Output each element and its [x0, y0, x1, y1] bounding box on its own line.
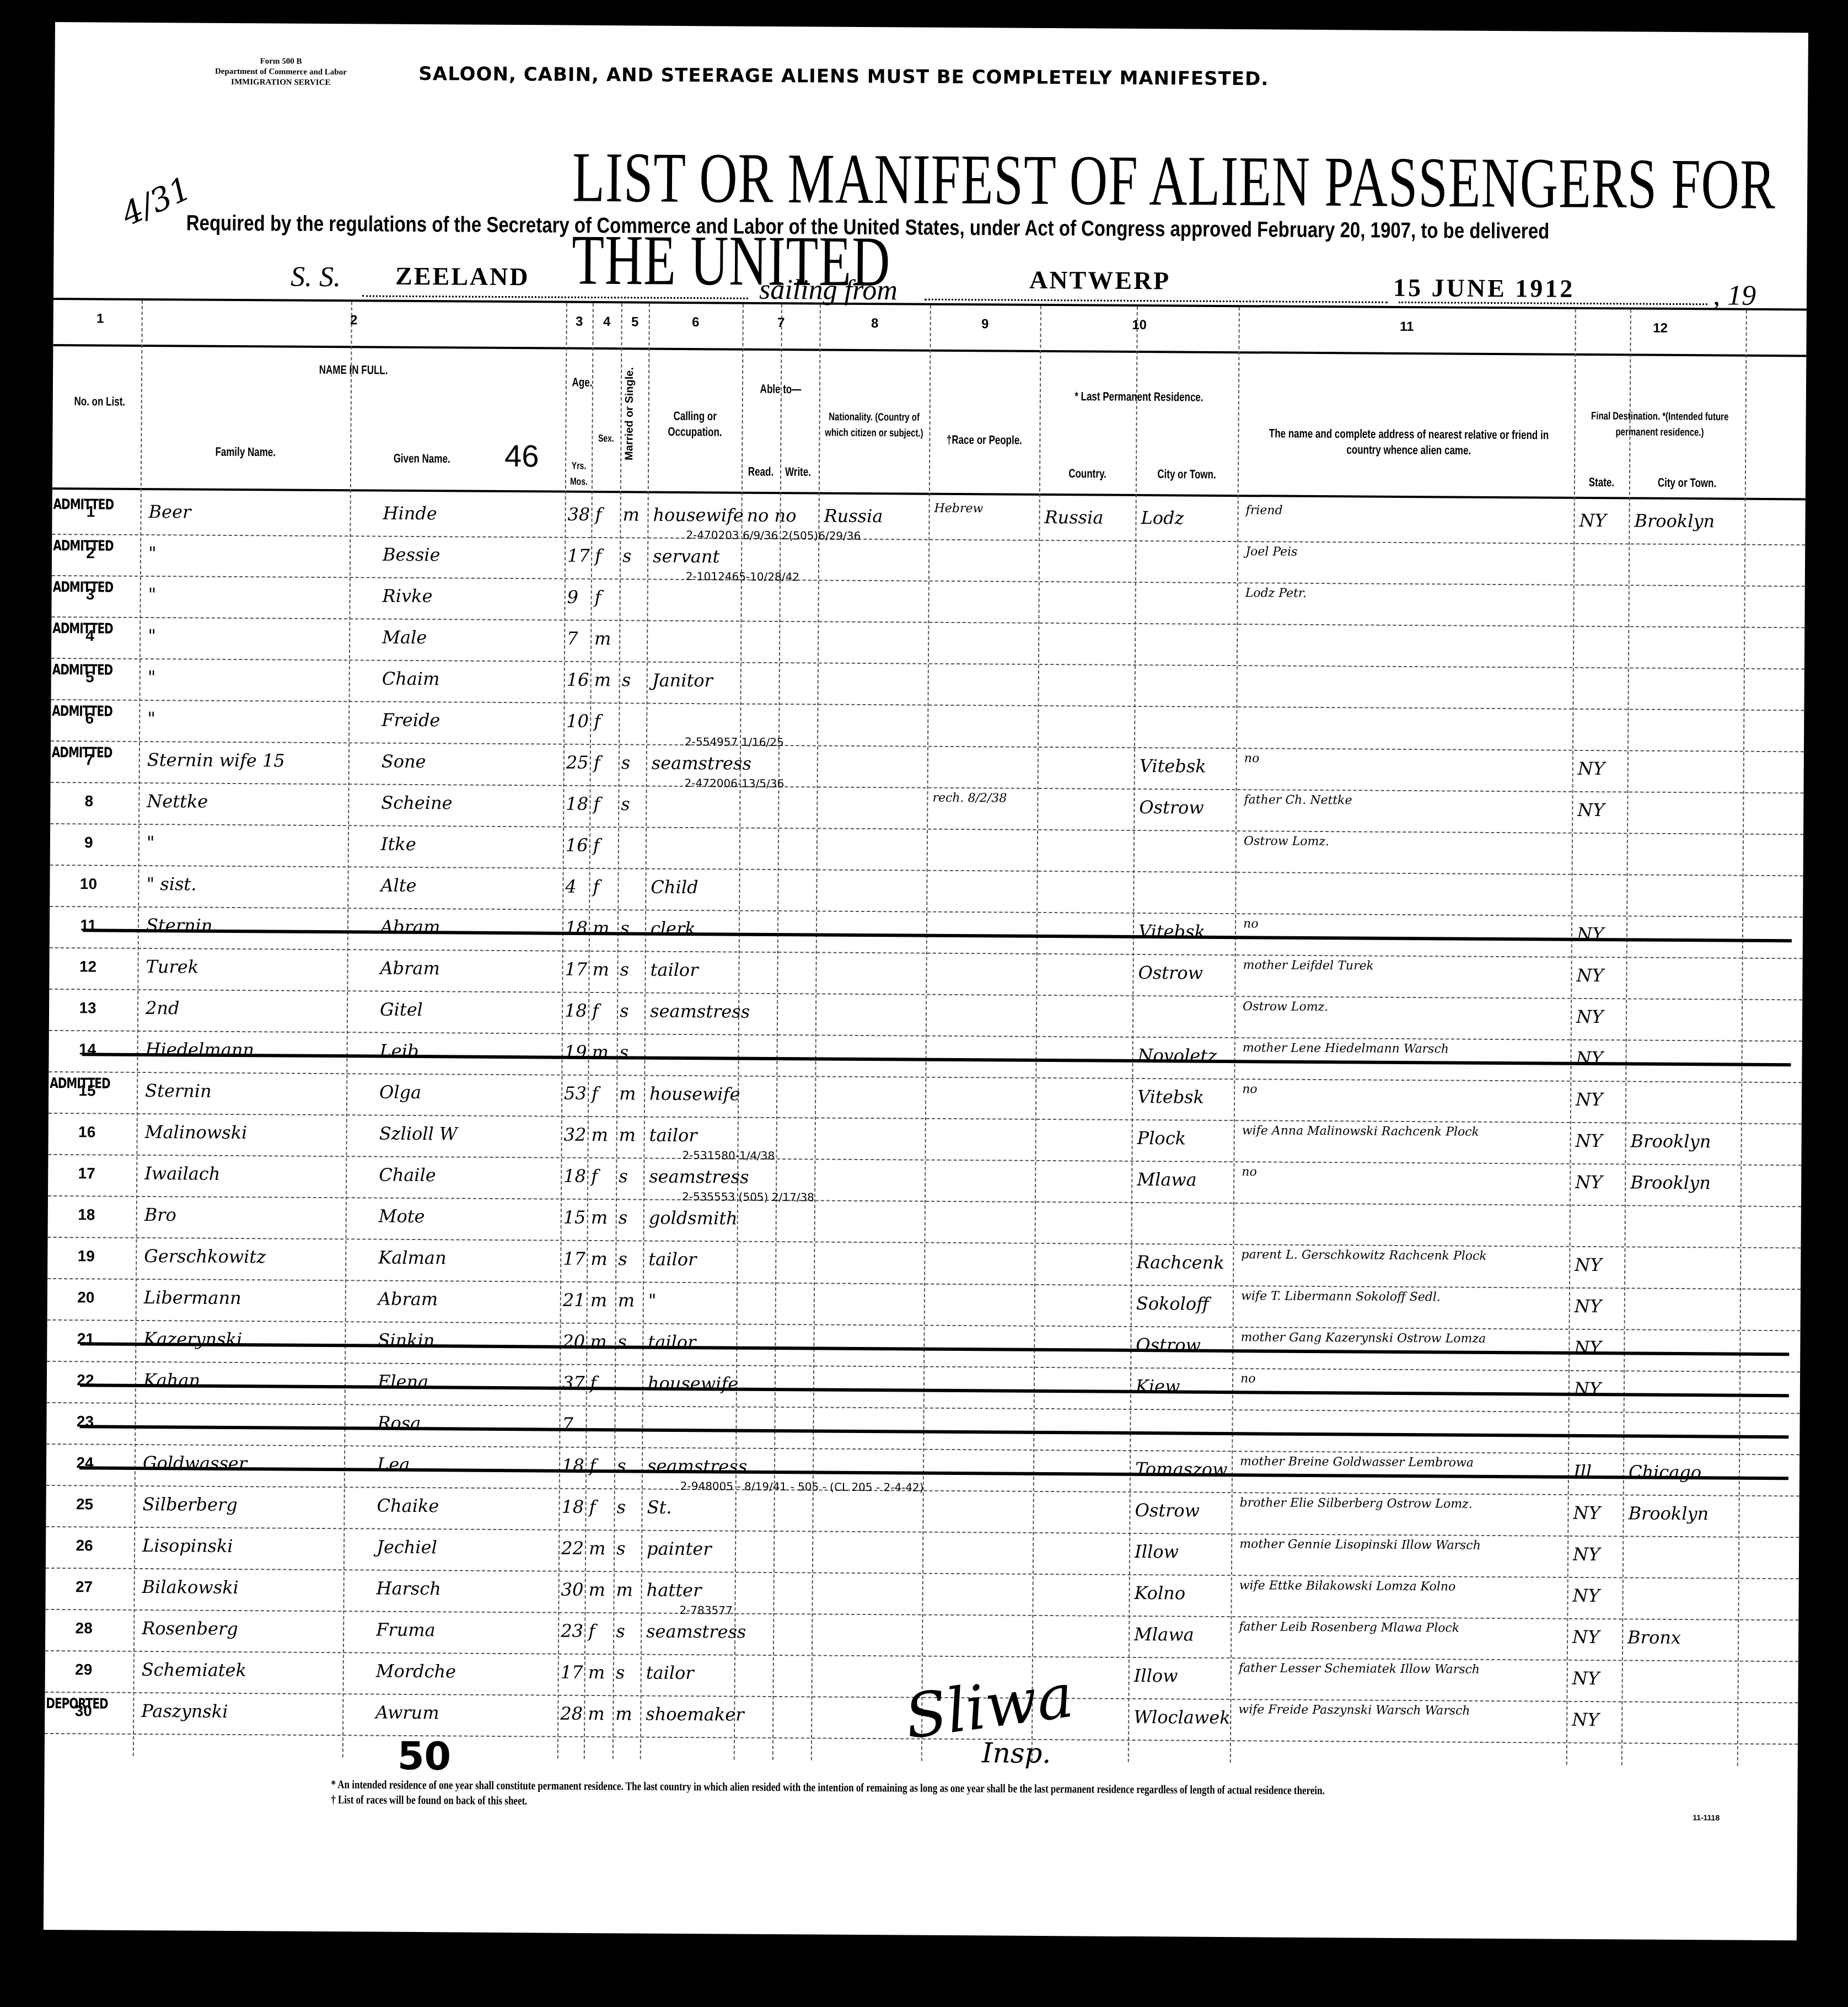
nearest-relative-cell: Lodz Petr.: [1245, 586, 1307, 600]
destination-state-cell: NY: [1572, 1709, 1599, 1730]
header-sex: Sex.: [592, 430, 620, 446]
status-stamp: ADMITTED: [53, 536, 114, 554]
strikethrough-line: [82, 1053, 1791, 1066]
age-cell: 32: [564, 1124, 587, 1145]
given-name-cell: Male: [382, 627, 427, 648]
column-number: 11: [1239, 318, 1575, 336]
family-name-cell: Sternin: [145, 1080, 212, 1102]
family-name-cell: " sist.: [146, 873, 196, 895]
residence-city-cell: Vitebsk: [1138, 921, 1205, 942]
sex-cell: m: [588, 1703, 605, 1724]
certificate-notation: 2-535553 (505) 2/17/38: [682, 1190, 814, 1204]
status-stamp: ADMITTED: [53, 578, 114, 595]
nearest-relative-cell: Ostrow Lomz.: [1244, 834, 1329, 849]
list-number: 20: [53, 1289, 119, 1307]
residence-city-cell: Vitebsk: [1140, 755, 1206, 777]
marital-status-cell: s: [616, 1496, 626, 1517]
residence-city-cell: Novoletz: [1137, 1045, 1217, 1066]
residence-city-cell: Rachcenk: [1136, 1252, 1224, 1273]
form-identifier: Form 500 B Department of Commerce and La…: [198, 56, 363, 89]
destination-state-cell: NY: [1578, 758, 1605, 779]
ship-name: ZEELAND: [395, 261, 530, 291]
age-cell: 16: [567, 669, 589, 690]
age-cell: 53: [564, 1083, 587, 1104]
nearest-relative-cell: wife T. Libermann Sokoloff Sedl.: [1241, 1289, 1441, 1304]
header-country: Country.: [1039, 466, 1136, 482]
sex-cell: m: [592, 1042, 609, 1062]
destination-city-cell: Brooklyn: [1630, 1172, 1711, 1193]
given-name-cell: Scheine: [381, 792, 452, 814]
given-name-cell: Fruma: [376, 1619, 436, 1641]
destination-state-cell: NY: [1576, 1089, 1603, 1110]
department: Department of Commerce and Labor: [198, 67, 363, 78]
occupation-cell: St.: [647, 1497, 671, 1518]
status-stamp: ADMITTED: [52, 661, 113, 678]
family-name-cell: ": [148, 667, 156, 688]
residence-city-cell: Plock: [1137, 1128, 1186, 1149]
age-cell: 17: [567, 545, 590, 566]
occupation-cell: tailor: [648, 1332, 696, 1353]
nearest-relative-cell: Ostrow Lomz.: [1243, 1000, 1328, 1014]
family-name-cell: ": [147, 832, 155, 853]
family-name-cell: Sternin wife 15: [147, 749, 285, 771]
header-yrs-mos: Yrs. Mos.: [562, 458, 595, 490]
sex-cell: f: [594, 752, 600, 773]
family-name-cell: Gerschkowitz: [144, 1246, 266, 1267]
list-number: 18: [53, 1206, 120, 1224]
age-cell: 9: [567, 587, 579, 608]
nearest-relative-cell: no: [1243, 917, 1259, 931]
residence-city-cell: Ostrow: [1135, 1500, 1200, 1521]
given-name-cell: Rivke: [383, 586, 433, 607]
marital-status-cell: s: [620, 917, 630, 938]
form-code: 11-1118: [1693, 1813, 1720, 1822]
family-name-cell: Lisopinski: [142, 1535, 233, 1557]
nearest-relative-cell: mother Breine Goldwasser Lembrowa: [1240, 1455, 1474, 1470]
footnotes: * An intended residence of one year shal…: [331, 1777, 1325, 1813]
family-name-cell: Libermann: [144, 1287, 241, 1308]
family-name-cell: Bro: [144, 1204, 176, 1225]
destination-state-cell: Ill: [1573, 1461, 1592, 1482]
occupation-cell: servant: [653, 546, 720, 567]
age-cell: 23: [561, 1620, 583, 1641]
age-cell: 38: [567, 504, 590, 525]
nearest-relative-cell: father Leib Rosenberg Mlawa Plock: [1239, 1620, 1459, 1635]
residence-city-cell: Vitebsk: [1137, 1086, 1204, 1108]
sex-cell: m: [590, 1248, 608, 1269]
age-cell: 18: [562, 1455, 584, 1476]
marital-status-cell: s: [619, 1166, 628, 1187]
given-name-cell: Kalman: [378, 1247, 446, 1269]
occupation-cell: seamstress: [652, 753, 751, 774]
list-number: 16: [54, 1123, 120, 1141]
nearest-relative-cell: brother Elie Silberberg Ostrow Lomz.: [1240, 1496, 1473, 1511]
sailing-date: 15 JUNE 1912: [1393, 273, 1575, 303]
given-name-cell: Abram: [380, 916, 440, 938]
header-read: Read.: [744, 464, 777, 480]
occupation-cell: clerk: [651, 918, 696, 939]
list-number: 25: [51, 1495, 117, 1514]
sex-cell: f: [595, 504, 601, 525]
column-number: 7: [743, 315, 820, 331]
strikethrough-line: [80, 1342, 1789, 1356]
status-stamp: ADMITTED: [52, 702, 112, 720]
port-blank: [925, 299, 1388, 303]
family-name-cell: Malinowski: [145, 1121, 248, 1143]
strikethrough-line: [83, 929, 1792, 942]
age-cell: 17: [565, 959, 587, 980]
family-name-cell: Silberberg: [142, 1494, 238, 1515]
destination-state-cell: NY: [1576, 1048, 1603, 1069]
residence-city-cell: Kolno: [1135, 1582, 1186, 1604]
page-count-mark: 46: [504, 438, 539, 474]
column-number: 2: [142, 312, 566, 330]
nearest-relative-cell: parent L. Gerschkowitz Rachcenk Plock: [1241, 1248, 1486, 1263]
nearest-relative-cell: wife Ettke Bilakowski Lomza Kolno: [1239, 1579, 1456, 1593]
header-family-name: Family Name.: [141, 444, 350, 461]
nationality-cell: Russia: [824, 506, 883, 527]
given-name-cell: Lea: [377, 1454, 410, 1475]
sex-cell: f: [593, 835, 600, 856]
family-name-cell: Goldwasser: [143, 1452, 247, 1474]
header-final-destination: Final Destination. *(Intended future per…: [1577, 409, 1742, 441]
given-name-cell: Harsch: [377, 1578, 441, 1600]
given-name-cell: Sinkin: [378, 1330, 434, 1351]
family-name-cell: Beer: [148, 501, 191, 522]
list-number: 19: [53, 1247, 119, 1265]
marital-status-cell: m: [622, 504, 640, 525]
occupation-cell: tailor: [650, 959, 698, 981]
age-cell: 17: [563, 1248, 585, 1269]
residence-city-cell: Kiew: [1136, 1376, 1180, 1397]
family-name-cell: ": [147, 708, 155, 729]
header-last-residence: * Last Permanent Residence.: [1040, 389, 1238, 406]
marital-status-cell: s: [622, 669, 631, 690]
destination-city-cell: Brooklyn: [1628, 1502, 1709, 1524]
given-name-cell: Itke: [381, 834, 416, 855]
age-cell: 22: [561, 1538, 584, 1559]
family-name-cell: Hiedelmann: [146, 1039, 255, 1060]
nearest-relative-cell: no: [1242, 1082, 1258, 1096]
destination-state-cell: NY: [1575, 1296, 1602, 1317]
race-cell: Hebrew: [934, 502, 984, 516]
occupation-cell: housewife: [653, 505, 743, 526]
marital-status-cell: s: [618, 1248, 627, 1269]
column-number: 12: [1575, 320, 1746, 337]
residence-city-cell: Wloclawek: [1133, 1707, 1231, 1728]
family-name-cell: ": [148, 625, 156, 646]
age-cell: 17: [561, 1662, 583, 1683]
age-cell: 16: [566, 835, 588, 856]
destination-state-cell: NY: [1572, 1668, 1599, 1689]
list-number: 26: [51, 1537, 117, 1555]
header-age: Age.: [566, 375, 599, 391]
sex-cell: f: [588, 1620, 595, 1641]
status-stamp: ADMITTED: [50, 1074, 110, 1092]
sex-cell: m: [590, 1290, 608, 1311]
certificate-notation: 2-470203 6/9/36 2(505)6/29/36: [686, 528, 861, 543]
given-name-cell: Awrum: [375, 1702, 439, 1724]
nearest-relative-cell: no: [1242, 1165, 1257, 1179]
list-number: 12: [55, 958, 121, 976]
read-write-cell: no no: [746, 505, 796, 527]
header-given-name: Given Name.: [350, 450, 493, 467]
residence-city-cell: Mlawa: [1134, 1624, 1194, 1645]
given-name-cell: Leib: [379, 1040, 418, 1061]
given-name-cell: Sone: [382, 751, 426, 772]
status-stamp: DEPORTED: [46, 1694, 108, 1712]
family-name-cell: Kahan: [143, 1370, 201, 1391]
family-name-cell: Bilakowski: [142, 1576, 239, 1598]
header-married-single: Married or Single.: [623, 364, 636, 463]
marital-status-cell: s: [621, 793, 630, 814]
header-race: †Race or People.: [932, 432, 1036, 449]
destination-state-cell: NY: [1576, 1006, 1603, 1027]
occupation-cell: seamstress: [646, 1621, 746, 1643]
ss-label: S. S.: [291, 261, 341, 294]
nearest-relative-cell: Joel Peis: [1245, 545, 1297, 559]
residence-city-cell: Illow: [1134, 1665, 1178, 1686]
occupation-cell: tailor: [649, 1125, 697, 1146]
header-write: Write.: [780, 464, 816, 480]
nearest-relative-cell: father Lesser Schemiatek Illow Warsch: [1239, 1661, 1480, 1677]
certificate-notation: 2-531580-1/4/38: [682, 1149, 775, 1162]
nearest-relative-cell: no: [1244, 752, 1260, 765]
sex-cell: f: [590, 1372, 597, 1393]
given-name-cell: Abram: [378, 1289, 438, 1310]
residence-city-cell: Mlawa: [1137, 1169, 1197, 1190]
form-number: Form 500 B: [198, 56, 364, 68]
occupation-cell: shoemaker: [646, 1704, 744, 1725]
header-dest-city: City or Town.: [1629, 475, 1745, 491]
sex-cell: m: [591, 1207, 608, 1228]
ship-blank: [362, 295, 748, 299]
destination-city-cell: Chicago: [1629, 1461, 1701, 1483]
age-cell: 25: [566, 752, 589, 773]
page-stamp: 50: [397, 1734, 452, 1779]
given-name-cell: Rosa: [377, 1413, 421, 1434]
column-number: 6: [649, 315, 743, 331]
list-number: 10: [55, 875, 121, 893]
given-name-cell: Gitel: [380, 999, 423, 1020]
header-relative: The name and complete address of nearest…: [1265, 426, 1552, 459]
year-suffix: , 19: [1713, 279, 1756, 312]
header-state: State.: [1574, 475, 1629, 491]
column-number: 10: [1040, 317, 1239, 334]
marital-status-cell: m: [615, 1703, 632, 1724]
column-number: 8: [820, 315, 930, 331]
occupation-cell: seamstress: [647, 1456, 747, 1477]
folio-mark: 4/31: [116, 169, 197, 233]
destination-state-cell: NY: [1573, 1544, 1600, 1565]
sex-cell: m: [588, 1662, 605, 1683]
age-cell: 30: [561, 1579, 584, 1600]
given-name-cell: Mordche: [376, 1661, 456, 1682]
destination-state-cell: NY: [1573, 1502, 1600, 1523]
list-number: 28: [51, 1619, 117, 1638]
family-name-cell: Kazerynski: [143, 1328, 242, 1350]
sex-cell: f: [592, 1000, 599, 1021]
header-nationality: Nationality. (Country of which citizen o…: [821, 410, 926, 442]
residence-city-cell: Sokoloff: [1136, 1293, 1209, 1314]
marital-status-cell: s: [622, 545, 632, 566]
residence-city-cell: Ostrow: [1139, 797, 1204, 818]
destination-state-cell: NY: [1576, 965, 1603, 986]
destination-state-cell: NY: [1577, 924, 1604, 945]
destination-state-cell: NY: [1575, 1172, 1602, 1193]
nearest-relative-cell: no: [1240, 1372, 1256, 1386]
occupation-cell: housewife: [648, 1373, 738, 1394]
residence-country-cell: Russia: [1044, 507, 1103, 528]
list-number: 17: [53, 1165, 120, 1183]
nearest-relative-cell: mother Gang Kazerynski Ostrow Lomza: [1240, 1330, 1486, 1346]
marital-status-cell: s: [616, 1620, 625, 1641]
sex-cell: f: [589, 1455, 596, 1476]
marital-status-cell: s: [621, 752, 631, 773]
occupation-cell: ": [648, 1290, 657, 1311]
given-name-cell: Chaim: [382, 668, 440, 690]
occupation-cell: hatter: [647, 1580, 702, 1601]
residence-city-cell: Illow: [1135, 1541, 1179, 1562]
column-number: 9: [930, 316, 1040, 332]
strikethrough-line: [79, 1425, 1788, 1439]
age-cell: 15: [563, 1207, 586, 1228]
occupation-cell: painter: [647, 1538, 712, 1560]
sex-cell: m: [589, 1538, 606, 1559]
nearest-relative-cell: wife Freide Paszynski Warsch Warsch: [1238, 1703, 1470, 1718]
family-name-cell: Turek: [146, 956, 198, 978]
marital-status-cell: s: [620, 1000, 629, 1021]
manifest-sheet: Form 500 B Department of Commerce and La…: [44, 22, 1808, 1940]
destination-state-cell: NY: [1574, 1378, 1601, 1399]
sex-cell: m: [592, 1124, 609, 1145]
list-number: 9: [56, 834, 122, 852]
destination-state-cell: NY: [1572, 1627, 1599, 1648]
departure-port: ANTWERP: [1029, 265, 1170, 296]
column-number: 3: [566, 314, 593, 330]
given-name-cell: Chaile: [379, 1165, 436, 1186]
age-cell: 19: [564, 1042, 587, 1062]
residence-city-cell: Tomaszow: [1135, 1458, 1228, 1480]
list-number: 13: [55, 999, 121, 1017]
age-cell: 7: [567, 628, 578, 649]
family-name-cell: Iwailach: [144, 1163, 220, 1184]
nearest-relative-cell: mother Leifdel Turek: [1243, 958, 1374, 973]
family-name-cell: Schemiatek: [142, 1659, 246, 1681]
given-name-cell: Hinde: [383, 503, 437, 524]
list-number: 29: [51, 1661, 117, 1679]
age-cell: 4: [565, 876, 577, 897]
service: IMMIGRATION SERVICE: [198, 77, 363, 89]
age-cell: 7: [562, 1414, 573, 1435]
header-city: City or Town.: [1136, 466, 1238, 483]
age-cell: 18: [561, 1496, 584, 1517]
occupation-cell: tailor: [646, 1662, 694, 1684]
certificate-notation: 2-1012465-10/28/42: [686, 570, 799, 583]
sex-cell: f: [593, 876, 599, 897]
given-name-cell: Bessie: [383, 544, 440, 566]
age-cell: 21: [563, 1290, 585, 1311]
residence-city-cell: Lodz: [1141, 507, 1184, 528]
destination-city-cell: Bronx: [1627, 1627, 1681, 1648]
age-cell: 18: [563, 1166, 586, 1187]
family-name-cell: 2nd: [146, 997, 180, 1018]
family-name-cell: Nettke: [147, 791, 208, 812]
destination-city-cell: Brooklyn: [1634, 511, 1715, 532]
manifest-banner: SALOON, CABIN, AND STEERAGE ALIENS MUST …: [418, 63, 1269, 90]
sex-cell: f: [589, 1496, 595, 1517]
sex-cell: m: [594, 669, 611, 690]
age-cell: 18: [566, 793, 588, 814]
nearest-relative-cell: mother Lene Hiedelmann Warsch: [1243, 1041, 1449, 1056]
column-number: 4: [593, 314, 621, 330]
nearest-relative-cell: father Ch. Nettke: [1244, 793, 1352, 807]
given-name-cell: Jechiel: [377, 1537, 437, 1558]
family-name-cell: Paszynski: [141, 1700, 228, 1722]
family-name-cell: Sternin: [146, 915, 213, 936]
certificate-notation: 2-472006-13/5/36: [685, 776, 785, 790]
certificate-notation: 2-783577: [679, 1603, 732, 1617]
column-number: 5: [621, 314, 649, 330]
list-number: 8: [56, 792, 122, 811]
sex-cell: f: [595, 545, 601, 566]
sex-cell: m: [592, 959, 609, 980]
marital-status-cell: m: [618, 1290, 635, 1311]
header-calling: Calling or Occupation.: [651, 409, 739, 441]
certificate-notation: 2-948005 - 8/19/41 - 505 - (CL 205 - 2-4…: [680, 1479, 924, 1494]
given-name-cell: Alte: [380, 875, 416, 896]
header-name-in-full: NAME IN FULL.: [141, 361, 566, 379]
family-name-cell: ": [148, 543, 157, 564]
sex-cell: f: [593, 793, 600, 814]
marital-status-cell: s: [619, 1042, 628, 1062]
given-name-cell: Chaike: [377, 1495, 439, 1517]
sex-cell: f: [591, 1166, 598, 1187]
family-name-cell: Rosenberg: [142, 1618, 238, 1639]
marital-status-cell: s: [616, 1538, 626, 1559]
strikethrough-line: [79, 1466, 1788, 1480]
sex-cell: m: [590, 1331, 607, 1352]
occupation-cell: seamstress: [650, 1001, 750, 1022]
given-name-cell: Mote: [379, 1206, 425, 1227]
certificate-notation: 2-554957 1/16/25: [685, 735, 784, 749]
marital-status-cell: s: [617, 1455, 626, 1476]
header-no-on-list: No. on List.: [64, 394, 136, 410]
destination-state-cell: NY: [1575, 1254, 1602, 1275]
age-cell: 18: [565, 1000, 587, 1021]
age-cell: 28: [560, 1703, 583, 1724]
destination-city-cell: Brooklyn: [1631, 1130, 1711, 1152]
marital-status-cell: s: [619, 1207, 628, 1228]
age-cell: 37: [562, 1372, 585, 1393]
destination-state-cell: NY: [1579, 510, 1606, 531]
sex-cell: m: [589, 1579, 606, 1600]
marital-status-cell: s: [617, 1331, 627, 1352]
sex-cell: m: [593, 917, 610, 938]
residence-city-cell: Ostrow: [1136, 1334, 1201, 1356]
given-name-cell: Abram: [380, 958, 440, 979]
nearest-relative-cell: friend: [1246, 503, 1283, 517]
occupation-cell: tailor: [648, 1249, 696, 1270]
marital-status-cell: s: [620, 959, 629, 980]
sex-cell: f: [594, 711, 600, 732]
race-cell: rech. 8/2/38: [932, 791, 1007, 806]
destination-state-cell: NY: [1577, 799, 1604, 820]
inspector-title: Insp.: [982, 1737, 1051, 1769]
manifest-table: 1 2 3 4 5 6 7 8 9 10 11 12 No. on List. …: [45, 298, 1807, 1766]
given-name-cell: Olga: [379, 1082, 421, 1103]
column-number: 1: [59, 311, 142, 327]
